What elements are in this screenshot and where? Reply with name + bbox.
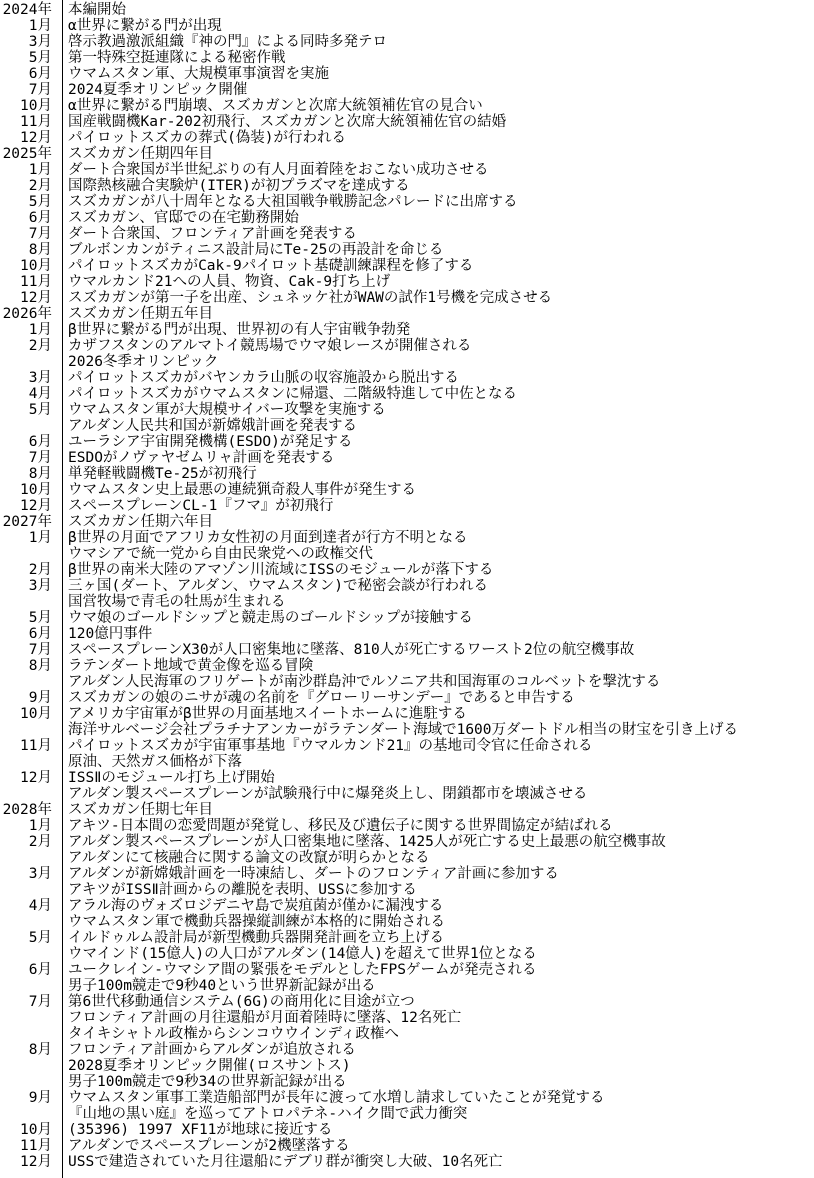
event-text: フロンティア計画からアルダンが追放される: [54, 1042, 356, 1058]
date-label: 4月: [0, 898, 54, 914]
timeline-row: 2月 β世界の南米大陸のアマゾン川流域にISSのモジュールが落下する: [0, 562, 814, 578]
date-label: 10月: [0, 258, 54, 274]
event-text: 国産戦闘機Kar-202初飛行、スズカガンと次席大統領補佐官の結婚: [54, 114, 506, 130]
date-label: 2月: [0, 562, 54, 578]
timeline-row: 6月 ユークレイン-ウマシア間の緊張をモデルとしたFPSゲームが発売される: [0, 962, 814, 978]
event-text: アメリカ宇宙軍がβ世界の月面基地スイートホームに進駐する: [54, 706, 467, 722]
date-label: 2027年: [0, 514, 54, 530]
event-text: ウマ娘のゴールドシップと競走馬のゴールドシップが接触する: [54, 610, 473, 626]
timeline-row: 3月 三ヶ国(ダート、アルダン、ウマムスタン)で秘密会談が行われる: [0, 578, 814, 594]
event-text: 第一特殊空挺連隊による秘密作戦: [54, 50, 286, 66]
event-text: 第6世代移動通信システム(6G)の商用化に目途が立つ: [54, 994, 415, 1010]
date-label: 12月: [0, 1154, 54, 1170]
date-label: 10月: [0, 98, 54, 114]
date-label: 7月: [0, 450, 54, 466]
date-label: 11月: [0, 738, 54, 754]
event-text: 『山地の黒い庭』を巡ってアトロパテネ-ハイク間で武力衝突: [54, 1106, 467, 1122]
date-label: 6月: [0, 66, 54, 82]
date-label: 6月: [0, 434, 54, 450]
timeline-row: 5月 イルドゥルム設計局が新型機動兵器開発計画を立ち上げる: [0, 930, 814, 946]
date-label: 2028年: [0, 802, 54, 818]
date-label: 5月: [0, 402, 54, 418]
event-text: スズカガン任期四年目: [54, 146, 213, 162]
event-text: α世界に繋がる門崩壊、スズカガンと次席大統領補佐官の見合い: [54, 98, 483, 114]
timeline-row: アルダン人民海軍のフリゲートが南沙群島沖でルソニア共和国海軍のコルベットを撃沈す…: [0, 674, 814, 690]
timeline-row: 6月 ユーラシア宇宙開発機構(ESDO)が発足する: [0, 434, 814, 450]
date-label: 12月: [0, 770, 54, 786]
event-text: (35396) 1997 XF11が地球に接近する: [54, 1122, 332, 1138]
timeline-row: 11月 国産戦闘機Kar-202初飛行、スズカガンと次席大統領補佐官の結婚: [0, 114, 814, 130]
timeline-row: 3月 パイロットスズカがバヤンカラ山脈の収容施設から脱出する: [0, 370, 814, 386]
event-text: アルダンでスペースプレーンが2機墜落する: [54, 1138, 350, 1154]
event-text: スペースプレーンCL-1『フマ』が初飛行: [54, 498, 333, 514]
event-text: アキツがISSⅡ計画からの離脱を表明、USSに参加する: [54, 882, 417, 898]
timeline-row: 10月 アメリカ宇宙軍がβ世界の月面基地スイートホームに進駐する: [0, 706, 814, 722]
event-text: タイキシャトル政権からシンコウウインディ政権へ: [54, 1026, 399, 1042]
event-text: ダート合衆国、フロンティア計画を発表する: [54, 226, 357, 242]
timeline-row: 海洋サルベージ会社プラチナアンカーがラテンダート海域で1600万ダートドル相当の…: [0, 722, 814, 738]
event-text: 2028夏季オリンピック開催(ロスサントス): [54, 1058, 351, 1074]
date-label: 12月: [0, 290, 54, 306]
date-label: 2月: [0, 338, 54, 354]
event-text: ウマシアで統一党から自由民衆党への政権交代: [54, 546, 373, 562]
event-text: パイロットスズカがバヤンカラ山脈の収容施設から脱出する: [54, 370, 459, 386]
date-label: 7月: [0, 82, 54, 98]
timeline-row: 6月 ウマムスタン軍、大規模軍事演習を実施: [0, 66, 814, 82]
date-label: 10月: [0, 1122, 54, 1138]
date-label: 8月: [0, 658, 54, 674]
timeline-row: ウマムスタン軍で機動兵器操縦訓練が本格的に開始される: [0, 914, 814, 930]
timeline-row: 8月 単発軽戦闘機Te-25が初飛行: [0, 466, 814, 482]
event-text: アルダン製スペースプレーンが人口密集地に墜落、1425人が死亡する史上最悪の航空…: [54, 834, 666, 850]
timeline-row: 12月 パイロットスズカの葬式(偽装)が行われる: [0, 130, 814, 146]
timeline-row: フロンティア計画の月往還船が月面着陸時に墜落、12名死亡: [0, 1010, 814, 1026]
event-text: ユーラシア宇宙開発機構(ESDO)が発足する: [54, 434, 352, 450]
event-text: 国営牧場で青毛の牡馬が生まれる: [54, 594, 286, 610]
timeline-row: タイキシャトル政権からシンコウウインディ政権へ: [0, 1026, 814, 1042]
timeline-row: 12月 USSで建造されていた月往還船にデブリ群が衝突し大破、10名死亡: [0, 1154, 814, 1170]
date-label: 12月: [0, 130, 54, 146]
timeline-row: 『山地の黒い庭』を巡ってアトロパテネ-ハイク間で武力衝突: [0, 1106, 814, 1122]
event-text: ウマインド(15億人)の人口がアルダン(14億人)を超えて世界1位となる: [54, 946, 537, 962]
timeline-row: 6月 120億円事件: [0, 626, 814, 642]
timeline-row: 1月 β世界の月面でアフリカ女性初の月面到達者が行方不明となる: [0, 530, 814, 546]
timeline-row: 2028夏季オリンピック開催(ロスサントス): [0, 1058, 814, 1074]
timeline-row: 12月 ISSⅡのモジュール打ち上げ開始: [0, 770, 814, 786]
timeline-row: 1月 ダート合衆国が半世紀ぶりの有人月面着陸をおこない成功させる: [0, 162, 814, 178]
timeline-row: アルダン人民共和国が新嫦娥計画を発表する: [0, 418, 814, 434]
event-text: 国際熱核融合実験炉(ITER)が初プラズマを達成する: [54, 178, 410, 194]
event-text: β世界の南米大陸のアマゾン川流域にISSのモジュールが落下する: [54, 562, 493, 578]
event-text: ユークレイン-ウマシア間の緊張をモデルとしたFPSゲームが発売される: [54, 962, 536, 978]
date-label: 8月: [0, 466, 54, 482]
event-text: 2026冬季オリンピック: [54, 354, 218, 370]
timeline-row: 7月 スペースプレーンX30が人口密集地に墜落、810人が死亡するワースト2位の…: [0, 642, 814, 658]
timeline-row: 7月 ダート合衆国、フロンティア計画を発表する: [0, 226, 814, 242]
date-label: 12月: [0, 498, 54, 514]
date-label: 7月: [0, 642, 54, 658]
timeline-row: 2月 国際熱核融合実験炉(ITER)が初プラズマを達成する: [0, 178, 814, 194]
event-text: 単発軽戦闘機Te-25が初飛行: [54, 466, 257, 482]
timeline-document: 2024年 本編開始 1月 α世界に繋がる門が出現 3月 啓示教過激派組織『神の…: [0, 2, 814, 1170]
date-label: 9月: [0, 1090, 54, 1106]
timeline-row: 2027年 スズカガン任期六年目: [0, 514, 814, 530]
date-label: 3月: [0, 34, 54, 50]
date-label: 9月: [0, 690, 54, 706]
date-label: 7月: [0, 994, 54, 1010]
timeline-row: 8月 ラテンダート地域で黄金像を巡る冒険: [0, 658, 814, 674]
date-label: 2026年: [0, 306, 54, 322]
date-label: 11月: [0, 114, 54, 130]
timeline-row: 男子100m競走で9秒34の世界新記録が出る: [0, 1074, 814, 1090]
timeline-row: 12月 スペースプレーンCL-1『フマ』が初飛行: [0, 498, 814, 514]
timeline-row: 1月 α世界に繋がる門が出現: [0, 18, 814, 34]
event-text: アラル海のヴォズロジデニヤ島で炭疽菌が僅かに漏洩する: [54, 898, 443, 914]
timeline-row: 6月 スズカガン、官邸での在宅勤務開始: [0, 210, 814, 226]
timeline-row: 2月 カザフスタンのアルマトイ競馬場でウマ娘レースが開催される: [0, 338, 814, 354]
event-text: スペースプレーンX30が人口密集地に墜落、810人が死亡するワースト2位の航空機…: [54, 642, 634, 658]
timeline-row: アキツがISSⅡ計画からの離脱を表明、USSに参加する: [0, 882, 814, 898]
timeline-row: 2024年 本編開始: [0, 2, 814, 18]
timeline-row: 2026冬季オリンピック: [0, 354, 814, 370]
date-label: 1月: [0, 18, 54, 34]
timeline-row: 5月 第一特殊空挺連隊による秘密作戦: [0, 50, 814, 66]
timeline-row: 男子100m競走で9秒40という世界新記録が出る: [0, 978, 814, 994]
event-text: パイロットスズカが宇宙軍事基地『ウマルカンド21』の基地司令官に任命される: [54, 738, 593, 754]
timeline-row: 5月 ウマ娘のゴールドシップと競走馬のゴールドシップが接触する: [0, 610, 814, 626]
event-text: ダート合衆国が半世紀ぶりの有人月面着陸をおこない成功させる: [54, 162, 489, 178]
date-label: 3月: [0, 370, 54, 386]
event-text: フロンティア計画の月往還船が月面着陸時に墜落、12名死亡: [54, 1010, 461, 1026]
date-label: 2月: [0, 178, 54, 194]
timeline-row: 2028年 スズカガン任期七年目: [0, 802, 814, 818]
event-text: ブルボンカンがティニス設計局にTe-25の再設計を命じる: [54, 242, 443, 258]
date-label: 5月: [0, 194, 54, 210]
date-label: 11月: [0, 1138, 54, 1154]
date-label: 10月: [0, 706, 54, 722]
date-label: 6月: [0, 210, 54, 226]
timeline-row: 4月 アラル海のヴォズロジデニヤ島で炭疽菌が僅かに漏洩する: [0, 898, 814, 914]
timeline-row: 原油、天然ガス価格が下落: [0, 754, 814, 770]
timeline-row: ウマシアで統一党から自由民衆党への政権交代: [0, 546, 814, 562]
event-text: ウマムスタン軍事工業造船部門が長年に渡って水増し請求していたことが発覚する: [54, 1090, 605, 1106]
timeline-row: 4月 パイロットスズカがウマムスタンに帰還、二階級特進して中佐となる: [0, 386, 814, 402]
timeline-row: 10月 α世界に繋がる門崩壊、スズカガンと次席大統領補佐官の見合い: [0, 98, 814, 114]
event-text: カザフスタンのアルマトイ競馬場でウマ娘レースが開催される: [54, 338, 471, 354]
event-text: スズカガンが八十周年となる大祖国戦争戦勝記念パレードに出席する: [54, 194, 518, 210]
date-label: 4月: [0, 386, 54, 402]
timeline-row: 10月 パイロットスズカがCak-9パイロット基礎訓練課程を修了する: [0, 258, 814, 274]
timeline-row: 11月 パイロットスズカが宇宙軍事基地『ウマルカンド21』の基地司令官に任命され…: [0, 738, 814, 754]
event-text: 2024夏季オリンピック開催: [54, 82, 247, 98]
date-label: 11月: [0, 274, 54, 290]
event-text: 120億円事件: [54, 626, 152, 642]
timeline-row: 7月 第6世代移動通信システム(6G)の商用化に目途が立つ: [0, 994, 814, 1010]
timeline-row: 11月 ウマルカンド21への人員、物資、Cak-9打ち上げ: [0, 274, 814, 290]
timeline-row: 2月 アルダン製スペースプレーンが人口密集地に墜落、1425人が死亡する史上最悪…: [0, 834, 814, 850]
timeline-rows: 2024年 本編開始 1月 α世界に繋がる門が出現 3月 啓示教過激派組織『神の…: [0, 2, 814, 1170]
timeline-row: ウマインド(15億人)の人口がアルダン(14億人)を超えて世界1位となる: [0, 946, 814, 962]
date-label: 6月: [0, 962, 54, 978]
event-text: ウマムスタン軍が大規模サイバー攻撃を実施する: [54, 402, 386, 418]
event-text: 男子100m競走で9秒40という世界新記録が出る: [54, 978, 376, 994]
event-text: アルダン人民海軍のフリゲートが南沙群島沖でルソニア共和国海軍のコルベットを撃沈す…: [54, 674, 660, 690]
date-label: 7月: [0, 226, 54, 242]
timeline-row: 7月 ESDOがノヴァヤゼムリャ計画を発表する: [0, 450, 814, 466]
event-text: アルダン製スペースプレーンが試験飛行中に爆発炎上し、閉鎖都市を壊滅させる: [54, 786, 587, 802]
event-text: スズカガンが第一子を出産、シュネッケ社がWAWの試作1号機を完成させる: [54, 290, 552, 306]
timeline-row: アルダン製スペースプレーンが試験飛行中に爆発炎上し、閉鎖都市を壊滅させる: [0, 786, 814, 802]
date-label: 2024年: [0, 2, 54, 18]
date-label: 8月: [0, 1042, 54, 1058]
event-text: 本編開始: [54, 2, 126, 18]
date-label: 8月: [0, 242, 54, 258]
event-text: ESDOがノヴァヤゼムリャ計画を発表する: [54, 450, 334, 466]
timeline-row: 8月 フロンティア計画からアルダンが追放される: [0, 1042, 814, 1058]
timeline-row: 国営牧場で青毛の牡馬が生まれる: [0, 594, 814, 610]
event-text: β世界の月面でアフリカ女性初の月面到達者が行方不明となる: [54, 530, 468, 546]
date-label: 1月: [0, 530, 54, 546]
event-text: スズカガン任期七年目: [54, 802, 213, 818]
date-label: 10月: [0, 482, 54, 498]
event-text: パイロットスズカがウマムスタンに帰還、二階級特進して中佐となる: [54, 386, 517, 402]
event-text: ウマムスタン史上最悪の連続猟奇殺人事件が発生する: [54, 482, 416, 498]
event-text: スズカガンの娘のニサが魂の名前を『グローリーサンデー』であると申告する: [54, 690, 575, 706]
timeline-row: 7月 2024夏季オリンピック開催: [0, 82, 814, 98]
event-text: 男子100m競走で9秒34の世界新記録が出る: [54, 1074, 347, 1090]
timeline-row: 3月 啓示教過激派組織『神の門』による同時多発テロ: [0, 34, 814, 50]
date-label: 1月: [0, 162, 54, 178]
event-text: ウマムスタン軍で機動兵器操縦訓練が本格的に開始される: [54, 914, 445, 930]
event-text: ISSⅡのモジュール打ち上げ開始: [54, 770, 275, 786]
date-label: 5月: [0, 930, 54, 946]
timeline-row: 5月 ウマムスタン軍が大規模サイバー攻撃を実施する: [0, 402, 814, 418]
event-text: 啓示教過激派組織『神の門』による同時多発テロ: [54, 34, 387, 50]
timeline-row: 9月 スズカガンの娘のニサが魂の名前を『グローリーサンデー』であると申告する: [0, 690, 814, 706]
event-text: アルダンにて核融合に関する論文の改竄が明らかとなる: [54, 850, 429, 866]
date-label: 2025年: [0, 146, 54, 162]
event-text: 原油、天然ガス価格が下落: [54, 754, 242, 770]
event-text: 三ヶ国(ダート、アルダン、ウマムスタン)で秘密会談が行われる: [54, 578, 488, 594]
timeline-row: 12月 スズカガンが第一子を出産、シュネッケ社がWAWの試作1号機を完成させる: [0, 290, 814, 306]
event-text: アキツ-日本間の恋愛問題が発覚し、移民及び遺伝子に関する世界間協定が結ばれる: [54, 818, 613, 834]
date-label: 1月: [0, 322, 54, 338]
event-text: スズカガン、官邸での在宅勤務開始: [54, 210, 299, 226]
date-label: 5月: [0, 50, 54, 66]
date-label: 1月: [0, 818, 54, 834]
timeline-row: 11月 アルダンでスペースプレーンが2機墜落する: [0, 1138, 814, 1154]
event-text: ウマムスタン軍、大規模軍事演習を実施: [54, 66, 329, 82]
event-text: アルダン人民共和国が新嫦娥計画を発表する: [54, 418, 357, 434]
timeline-row: 2026年 スズカガン任期五年目: [0, 306, 814, 322]
timeline-row: 1月 β世界に繋がる門が出現、世界初の有人宇宙戦争勃発: [0, 322, 814, 338]
timeline-row: 9月 ウマムスタン軍事工業造船部門が長年に渡って水増し請求していたことが発覚する: [0, 1090, 814, 1106]
event-text: β世界に繋がる門が出現、世界初の有人宇宙戦争勃発: [54, 322, 410, 338]
event-text: スズカガン任期六年目: [54, 514, 213, 530]
date-label: 2月: [0, 834, 54, 850]
timeline-row: 2025年 スズカガン任期四年目: [0, 146, 814, 162]
event-text: パイロットスズカがCak-9パイロット基礎訓練課程を修了する: [54, 258, 473, 274]
date-label: 3月: [0, 866, 54, 882]
event-text: 海洋サルベージ会社プラチナアンカーがラテンダート海域で1600万ダートドル相当の…: [54, 722, 738, 738]
event-text: パイロットスズカの葬式(偽装)が行われる: [54, 130, 346, 146]
timeline-row: 3月 アルダンが新嫦娥計画を一時凍結し、ダートのフロンティア計画に参加する: [0, 866, 814, 882]
timeline-row: 8月 ブルボンカンがティニス設計局にTe-25の再設計を命じる: [0, 242, 814, 258]
timeline-row: 10月 (35396) 1997 XF11が地球に接近する: [0, 1122, 814, 1138]
event-text: スズカガン任期五年目: [54, 306, 213, 322]
timeline-row: アルダンにて核融合に関する論文の改竄が明らかとなる: [0, 850, 814, 866]
date-label: 5月: [0, 610, 54, 626]
event-text: イルドゥルム設計局が新型機動兵器開発計画を立ち上げる: [54, 930, 444, 946]
event-text: USSで建造されていた月往還船にデブリ群が衝突し大破、10名死亡: [54, 1154, 503, 1170]
timeline-row: 5月 スズカガンが八十周年となる大祖国戦争戦勝記念パレードに出席する: [0, 194, 814, 210]
date-label: 6月: [0, 626, 54, 642]
timeline-row: 1月 アキツ-日本間の恋愛問題が発覚し、移民及び遺伝子に関する世界間協定が結ばれ…: [0, 818, 814, 834]
event-text: α世界に繋がる門が出現: [54, 18, 222, 34]
event-text: ラテンダート地域で黄金像を巡る冒険: [54, 658, 313, 674]
timeline-row: 10月 ウマムスタン史上最悪の連続猟奇殺人事件が発生する: [0, 482, 814, 498]
date-label: 3月: [0, 578, 54, 594]
event-text: アルダンが新嫦娥計画を一時凍結し、ダートのフロンティア計画に参加する: [54, 866, 559, 882]
event-text: ウマルカンド21への人員、物資、Cak-9打ち上げ: [54, 274, 390, 290]
